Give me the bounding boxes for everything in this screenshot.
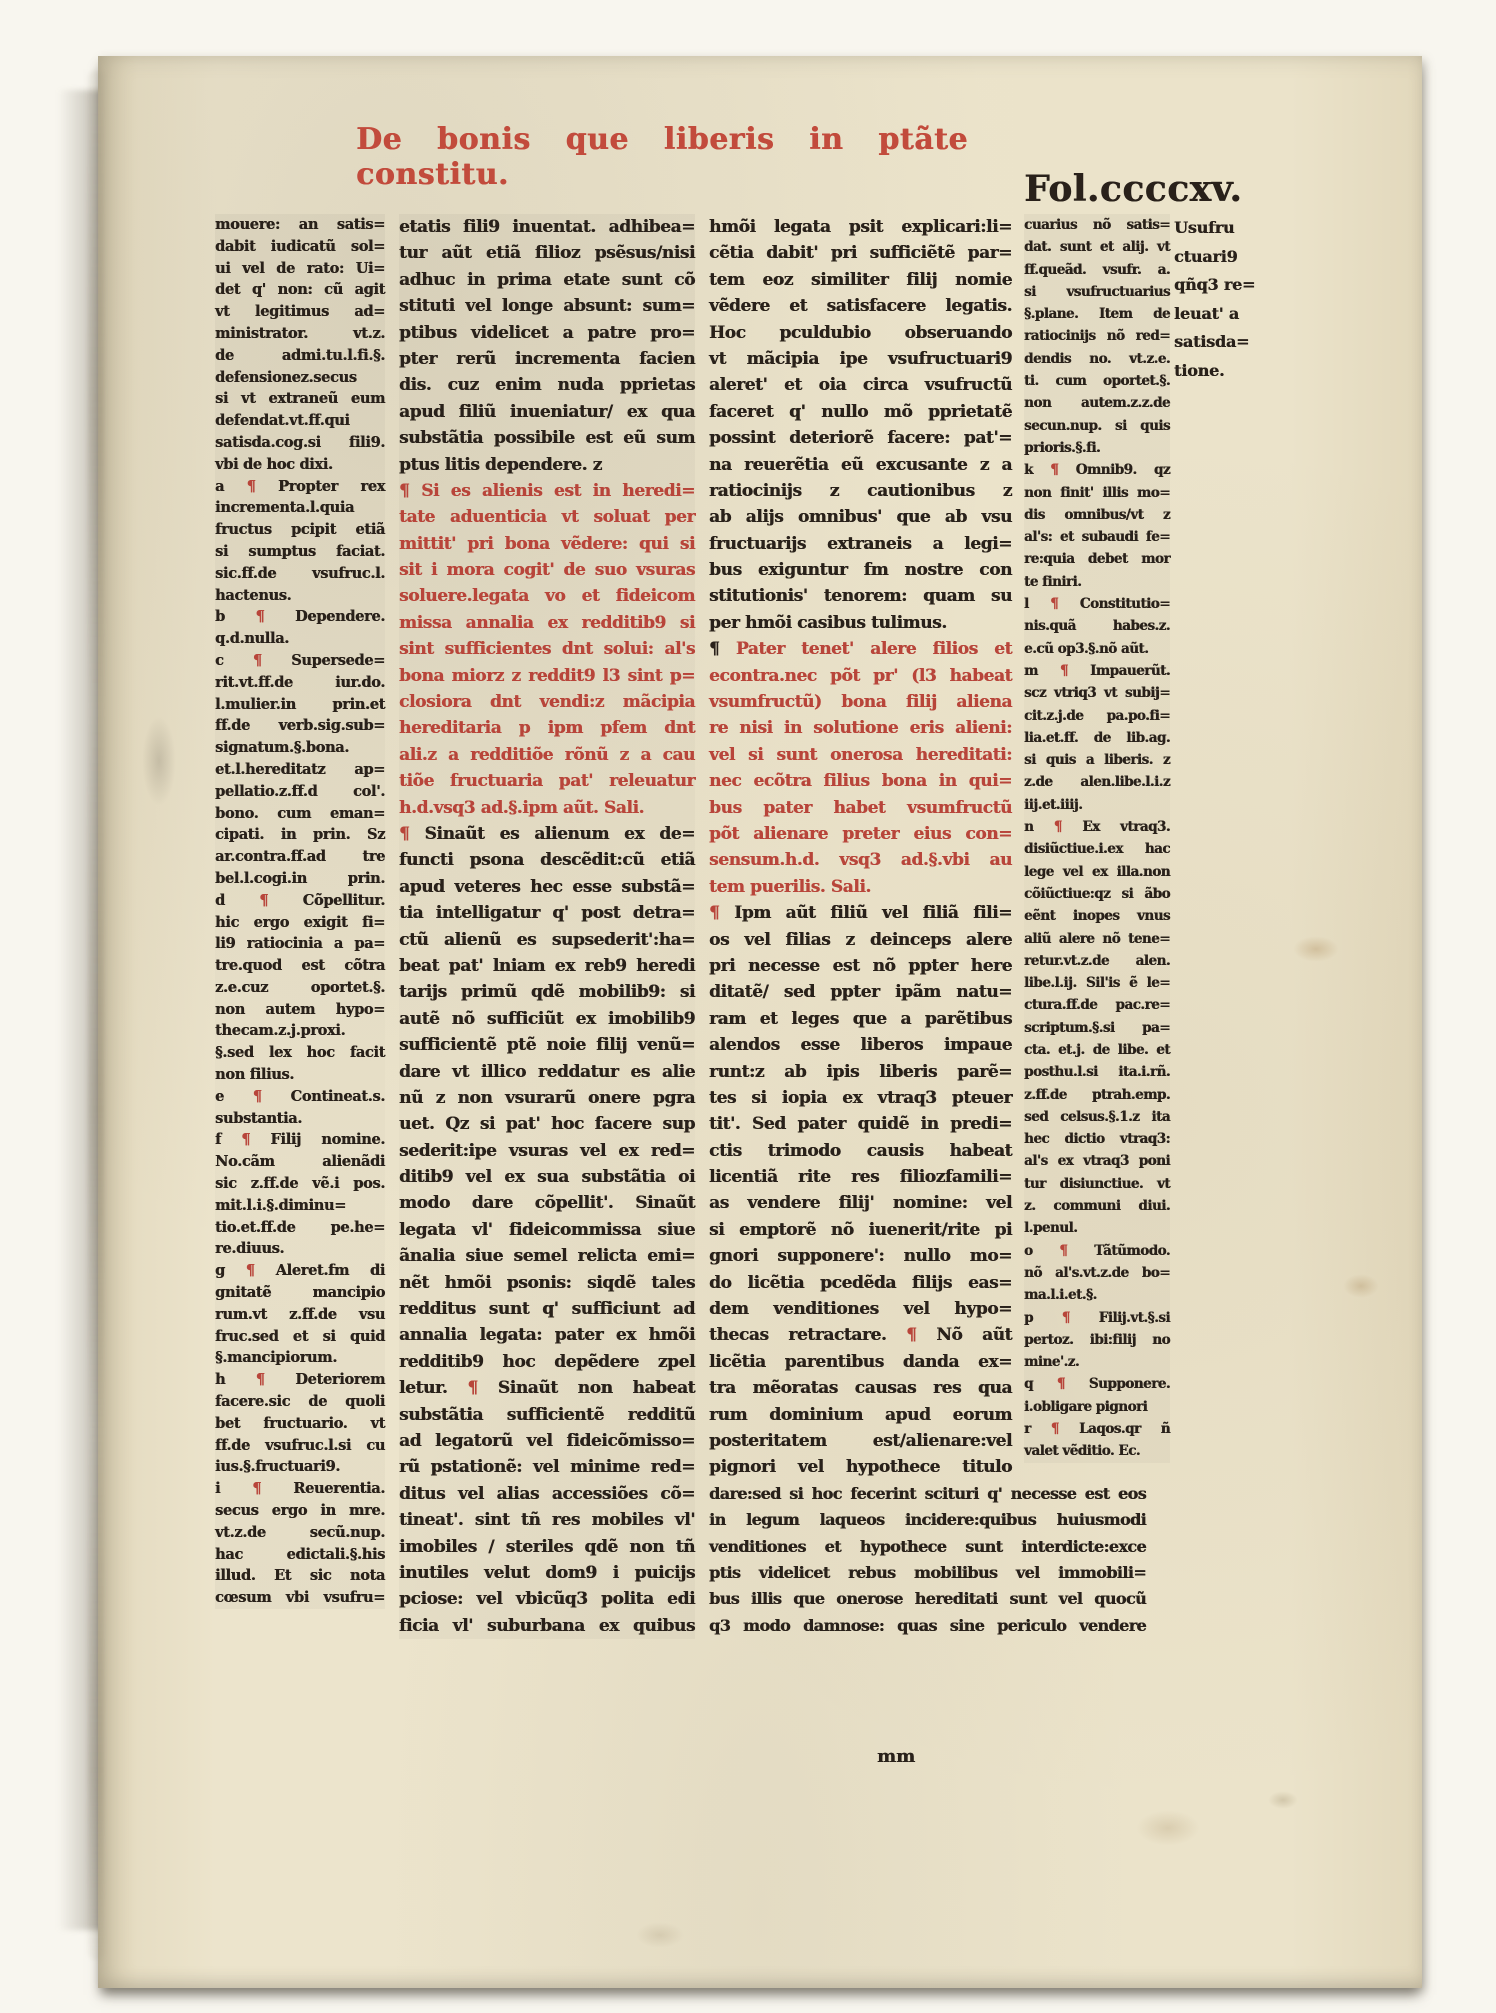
- text-line: satisda.cog.si fili9.: [215, 432, 385, 454]
- text-line: al's ex vtraq3 poni: [1024, 1150, 1170, 1172]
- body-text: Deteriorem: [295, 1371, 385, 1388]
- text-line: si emptorẽ nõ iuenerit/rite pi: [709, 1217, 1012, 1243]
- text-line: põt alienare preter eius con=: [709, 821, 1012, 847]
- text-line: defensionez.secus: [215, 367, 385, 389]
- text-line: te finiri.: [1024, 571, 1170, 593]
- body-text: d: [215, 892, 259, 909]
- text-line: non finit' illis mo=: [1024, 482, 1170, 504]
- body-text: Tãtũmodo.: [1094, 1243, 1170, 1259]
- text-line: pellatio.z.ff.d col'.: [215, 781, 385, 803]
- text-line: scz vtriq3 vt subij=: [1024, 682, 1170, 704]
- corner-gloss-column: Usufructuari9qñq3 re=leuat' asatisda=tio…: [1174, 214, 1290, 385]
- text-line: disiũctiue.i.ex hac: [1024, 838, 1170, 860]
- text-line: thecam.z.j.proxi.: [215, 1020, 385, 1042]
- text-line: ctũ alienũ es supsederit':ha=: [399, 927, 695, 953]
- rubric-text: ¶: [1060, 663, 1090, 679]
- text-line: eẽnt inopes vnus: [1024, 905, 1170, 927]
- text-line: pciose: vel vbicũq3 polita edi: [399, 1586, 695, 1612]
- text-line: imobiles / steriles qdẽ non tñ: [399, 1534, 695, 1560]
- body-text: Reuerentia.: [293, 1480, 385, 1497]
- text-line: possint deteriorẽ facere: pat'=: [709, 425, 1012, 451]
- text-line: cõiũctiue:qz si ãbo: [1024, 883, 1170, 905]
- text-line: do licẽtia pcedẽda filijs eas=: [709, 1270, 1012, 1296]
- text-line: nẽt hmõi psonis: siqdẽ tales: [399, 1270, 695, 1296]
- text-line: z.ff.de ptrah.emp.: [1024, 1084, 1170, 1106]
- rubric-text: ¶: [252, 1480, 293, 1497]
- text-line: ãnalia siue semel relicta emi=: [399, 1243, 695, 1269]
- text-line: hactenus.: [215, 585, 385, 607]
- foxing-stain: [1343, 1274, 1379, 1298]
- text-line: l.penul.: [1024, 1217, 1170, 1239]
- body-text: Contineat.s.: [291, 1088, 385, 1105]
- text-line: ff.de vsufruc.l.si cu: [215, 1435, 385, 1457]
- text-line: cuarius nõ satis=: [1024, 214, 1170, 236]
- text-line: licẽtia parentibus danda ex=: [709, 1349, 1012, 1375]
- text-line: uet. Qz si pat' hoc facere sup: [399, 1111, 695, 1137]
- text-line: sint sufficientes dnt solui: al's: [399, 636, 695, 662]
- text-line: bet fructuario. vt: [215, 1413, 385, 1435]
- body-text: Aleret.fm di: [276, 1262, 385, 1279]
- text-line: ma.l.i.et.§.: [1024, 1284, 1170, 1306]
- text-line: dis. cuz enim nuda pprietas: [399, 372, 695, 398]
- text-line: secun.nup. si quis: [1024, 415, 1170, 437]
- text-line: vẽdere et satisfacere legatis.: [709, 293, 1012, 319]
- text-line: hac edictali.§.his: [215, 1544, 385, 1566]
- text-line: as vendere filij' nomine: vel: [709, 1190, 1012, 1216]
- body-text: a: [215, 478, 247, 495]
- text-line: tione.: [1174, 357, 1290, 386]
- text-line: q.d.nulla.: [215, 628, 385, 650]
- text-line: illud. Et sic nota: [215, 1565, 385, 1587]
- rubric-text: ¶: [1054, 819, 1083, 835]
- text-line: h ¶ Deteriorem: [215, 1369, 385, 1391]
- text-line: q3 modo damnose: quas sine periculo vend…: [709, 1613, 1146, 1639]
- text-line: l ¶ Constitutio=: [1024, 593, 1170, 615]
- rubric-text: ¶: [1059, 1243, 1094, 1259]
- body-text: p: [1024, 1310, 1062, 1326]
- text-line: re nisi in solutione eris alieni:: [709, 715, 1012, 741]
- rubric-text: ¶: [467, 1378, 497, 1398]
- text-line: sic z.ff.de vẽ.i pos.: [215, 1173, 385, 1195]
- body-text: r: [1024, 1421, 1051, 1437]
- text-line: apud filiũ inueniatur/ ex qua: [399, 399, 695, 425]
- body-text: Ex vtraq3.: [1082, 819, 1170, 835]
- text-line: ad legatorũ vel fideicõmisso=: [399, 1428, 695, 1454]
- text-line: ff.queãd. vsufr. a.: [1024, 259, 1170, 281]
- body-text: n: [1024, 819, 1054, 835]
- rubric-text: ¶: [241, 1131, 270, 1148]
- text-line: ctuari9: [1174, 243, 1290, 272]
- text-line: libe.l.ij. Sil'is ẽ le=: [1024, 972, 1170, 994]
- text-line: soluere.legata vo et fideicom: [399, 583, 695, 609]
- text-line: ptis videlicet rebus mobilibus vel immob…: [709, 1560, 1146, 1586]
- text-line: tre.quod est cõtra: [215, 955, 385, 977]
- body-text: Nõ aũt: [936, 1325, 1012, 1345]
- text-line: vt mãcipia ipe vsufructuari9: [709, 346, 1012, 372]
- text-line: tem puerilis. Sali.: [709, 874, 1012, 900]
- text-line: missa annalia ex redditib9 si: [399, 610, 695, 636]
- body-text: Filij.vt.§.si: [1099, 1310, 1170, 1326]
- text-line: tiõe fructuaria pat' releuatur: [399, 768, 695, 794]
- text-line: de admi.tu.l.fi.§.: [215, 345, 385, 367]
- text-line: ff.de verb.sig.sub=: [215, 715, 385, 737]
- text-line: tem eoz similiter filij nomie: [709, 267, 1012, 293]
- text-line: sit i mora cogit' de suo vsuras: [399, 557, 695, 583]
- text-line: dabit iudicatũ sol=: [215, 236, 385, 258]
- foxing-stain: [142, 716, 176, 806]
- text-line: pignori vel hypothece titulo: [709, 1454, 1012, 1480]
- text-line: q ¶ Supponere.: [1024, 1373, 1170, 1395]
- text-line: c ¶ Supersede=: [215, 650, 385, 672]
- text-line: nõ al's.vt.z.de bo=: [1024, 1262, 1170, 1284]
- body-text: f: [215, 1131, 241, 1148]
- body-text: letur.: [399, 1378, 467, 1398]
- text-line: pertoz. ibi:filij no: [1024, 1329, 1170, 1351]
- text-line: hic ergo exigit fi=: [215, 912, 385, 934]
- text-line: sic.ff.de vsufruc.l.: [215, 563, 385, 585]
- text-line: beat pat' lniam ex reb9 heredi: [399, 953, 695, 979]
- text-line: ministrator. vt.z.: [215, 323, 385, 345]
- text-line: re.diuus.: [215, 1238, 385, 1260]
- text-line: e.cũ op3.§.nõ aũt.: [1024, 638, 1170, 660]
- rubric-text: ¶: [256, 1371, 295, 1388]
- rubric-text: ¶: [1062, 1310, 1099, 1326]
- text-line: annalia legata: pater ex hmõi: [399, 1322, 695, 1348]
- text-line: mittit' pri bona vẽdere: qui si: [399, 531, 695, 557]
- text-line: bona miorz z reddit9 l3 sint p=: [399, 663, 695, 689]
- text-line: non autem hypo=: [215, 999, 385, 1021]
- body-text: Cõpellitur.: [303, 892, 385, 909]
- text-line: i.obligare pignori: [1024, 1396, 1170, 1418]
- foxing-stain: [1293, 936, 1339, 962]
- body-text: k: [1024, 462, 1050, 478]
- text-line: signatum.§.bona.: [215, 737, 385, 759]
- rubric-text: ¶: [253, 1088, 291, 1105]
- body-text: g: [215, 1262, 246, 1279]
- text-line: fructuarijs extraneis a legi=: [709, 531, 1012, 557]
- foxing-stain: [1136, 1810, 1200, 1846]
- text-line: tineat'. sint tñ res mobiles vl': [399, 1507, 695, 1533]
- text-line: modo dare cõpellit'. Sinaũt: [399, 1190, 695, 1216]
- text-line: tia intelligatur q' post detra=: [399, 900, 695, 926]
- right-margin-gloss-column: cuarius nõ satis=dat. sunt et alij. vtff…: [1024, 214, 1170, 1463]
- text-line: defendat.vt.ff.qui: [215, 410, 385, 432]
- text-line: qñq3 re=: [1174, 271, 1290, 300]
- text-line: adhuc in prima etate sunt cõ: [399, 267, 695, 293]
- text-line: posteritatem est/alienare:vel: [709, 1428, 1012, 1454]
- text-line: f ¶ Filij nomine.: [215, 1129, 385, 1151]
- text-line: functi psona descẽdit:cũ etiã: [399, 847, 695, 873]
- text-line: b ¶ Dependere.: [215, 606, 385, 628]
- text-line: l.mulier.in prin.et: [215, 694, 385, 716]
- text-line: dendis no. vt.z.e.: [1024, 348, 1170, 370]
- text-line: licentiã rite res filiozfamili=: [709, 1164, 1012, 1190]
- text-line: ditus vel alias accessiões cõ=: [399, 1481, 695, 1507]
- text-line: r ¶ Laqos.qr ñ: [1024, 1418, 1170, 1440]
- deckle-edge: [88, 70, 104, 1960]
- text-line: §.plane. Item de: [1024, 303, 1170, 325]
- text-line: p ¶ Filij.vt.§.si: [1024, 1307, 1170, 1329]
- text-line: stitutionis' tenorem: quam su: [709, 583, 1012, 609]
- text-line: ui vel de rato: Ui=: [215, 258, 385, 280]
- text-line: tit'. Sed pater quidẽ in predi=: [709, 1111, 1012, 1137]
- text-line: ctura.ff.de pac.re=: [1024, 994, 1170, 1016]
- text-line: et.l.hereditatz ap=: [215, 759, 385, 781]
- text-line: tra mẽoratas causas res qua: [709, 1375, 1012, 1401]
- text-line: dem venditiones vel hypo=: [709, 1296, 1012, 1322]
- body-text: m: [1024, 663, 1060, 679]
- rubric-text: ¶: [255, 608, 295, 625]
- body-text: l: [1024, 596, 1050, 612]
- text-line: hereditaria p ipm pfem dnt: [399, 715, 695, 741]
- text-line: §.sed lex hoc facit: [215, 1042, 385, 1064]
- text-line: ratiocinijs nõ red=: [1024, 325, 1170, 347]
- body-text: Dependere.: [295, 608, 385, 625]
- text-line: cœsum vbi vsufru=: [215, 1587, 385, 1609]
- text-line: aliũ alere nõ tene=: [1024, 928, 1170, 950]
- text-line: apud veteres hec esse substã=: [399, 874, 695, 900]
- rubric-text: ¶: [399, 824, 425, 844]
- text-line: ram et leges que a parẽtibus: [709, 1006, 1012, 1032]
- text-line: closiora dnt vendi:z mãcipia: [399, 689, 695, 715]
- text-line: hec dictio vtraq3:: [1024, 1128, 1170, 1150]
- text-line: z. communi diui.: [1024, 1195, 1170, 1217]
- text-line: e ¶ Contineat.s.: [215, 1086, 385, 1108]
- text-line: d ¶ Cõpellitur.: [215, 890, 385, 912]
- text-line: cta. et.j. de libe. et: [1024, 1039, 1170, 1061]
- text-line: rum.vt z.ff.de vsu: [215, 1304, 385, 1326]
- text-line: z.e.cuz oportet.§.: [215, 977, 385, 999]
- text-line: nũ z non vsurarũ onere pgra: [399, 1085, 695, 1111]
- text-line: z.de alen.libe.l.i.z: [1024, 771, 1170, 793]
- rubric-text: ¶: [246, 1262, 276, 1279]
- text-line: a ¶ Propter rex: [215, 476, 385, 498]
- text-line: facere.sic de quoli: [215, 1391, 385, 1413]
- foxing-stain: [636, 1922, 684, 1948]
- body-text: Constitutio=: [1080, 596, 1170, 612]
- text-line: dare vt illico reddatur es alie: [399, 1059, 695, 1085]
- text-line: letur. ¶ Sinaũt non habeat: [399, 1375, 695, 1401]
- text-line: retur.vt.z.de alen.: [1024, 950, 1170, 972]
- text-line: ius.§.fructuari9.: [215, 1456, 385, 1478]
- text-line: ratiocinijs z cautionibus z: [709, 478, 1012, 504]
- text-line: vt.z.de secũ.nup.: [215, 1522, 385, 1544]
- text-line: dare:sed si hoc fecerint scituri q' nece…: [709, 1481, 1146, 1507]
- text-line: venditiones et hypothece sunt interdicte…: [709, 1534, 1146, 1560]
- text-line: g ¶ Aleret.fm di: [215, 1260, 385, 1282]
- text-line: vbi de hoc dixi.: [215, 454, 385, 476]
- text-line: incrementa.l.quia: [215, 497, 385, 519]
- body-text: q: [1024, 1376, 1057, 1392]
- text-line: ali.z a redditiõe rõnũ z a cau: [399, 742, 695, 768]
- text-line: substãtia sufficientẽ redditũ: [399, 1402, 695, 1428]
- text-line: fructus pcipit etiã: [215, 519, 385, 541]
- text-line: ptibus videlicet a patre pro=: [399, 320, 695, 346]
- text-line: bus illis que onerose hereditati sunt ve…: [709, 1586, 1146, 1612]
- text-line: non autem.z.z.de: [1024, 392, 1170, 414]
- text-line: tur disiunctiue. vt: [1024, 1173, 1170, 1195]
- text-line: §.mancipiorum.: [215, 1347, 385, 1369]
- text-line: os vel filias z deinceps alere: [709, 927, 1012, 953]
- text-line: ar.contra.ff.ad tre: [215, 846, 385, 868]
- main-text-column-a: etatis fili9 inuentat. adhibea=tur aũt e…: [399, 214, 695, 1639]
- text-line: pri necesse est nõ ppter here: [709, 953, 1012, 979]
- body-text: Supponere.: [1089, 1376, 1170, 1392]
- text-line: tes si iopia ex vtraq3 pteuer: [709, 1085, 1012, 1111]
- rubric-text: ¶: [253, 652, 291, 669]
- text-line: k ¶ Omnib9. qz: [1024, 459, 1170, 481]
- text-line: ab alijs omnibus' que ab vsu: [709, 504, 1012, 530]
- text-line: det q' non: cũ agit: [215, 279, 385, 301]
- text-line: faceret q' nullo mõ pprietatẽ: [709, 399, 1012, 425]
- text-line: li9 ratiocinia a pa=: [215, 933, 385, 955]
- text-line: ti. cum oportet.§.: [1024, 370, 1170, 392]
- text-line: cipati. in prin. Sz: [215, 824, 385, 846]
- text-line: bus pater habet vsumfructũ: [709, 795, 1012, 821]
- text-line: Hoc pculdubio obseruando: [709, 320, 1012, 346]
- quire-signature: mm: [877, 1746, 915, 1767]
- body-text: Omnib9. qz: [1076, 462, 1170, 478]
- text-line: in legum laqueos incidere:quibus huiusmo…: [709, 1507, 1146, 1533]
- text-line: runt:z ab ipis liberis parẽ=: [709, 1059, 1012, 1085]
- text-line: o ¶ Tãtũmodo.: [1024, 1240, 1170, 1262]
- text-line: gnori supponere': nullo mo=: [709, 1243, 1012, 1269]
- text-line: alendos esse liberos impaue: [709, 1032, 1012, 1058]
- body-text: Sinaũt non habeat: [498, 1378, 695, 1398]
- text-line: fruc.sed et si quid: [215, 1326, 385, 1348]
- text-line: stituti vel longe absunt: sum=: [399, 293, 695, 319]
- text-line: cẽtia dabit' pri sufficiẽtẽ par=: [709, 240, 1012, 266]
- text-line: substantia.: [215, 1108, 385, 1130]
- body-text: Supersede=: [291, 652, 385, 669]
- body-text: i: [215, 1480, 252, 1497]
- text-line: ditib9 vel ex sua substãtia oi: [399, 1164, 695, 1190]
- text-line: tur aũt etiã filioz psẽsus/nisi: [399, 240, 695, 266]
- text-line: posthu.l.si ita.i.rñ.: [1024, 1061, 1170, 1083]
- text-line: pter rerũ incrementa facien: [399, 346, 695, 372]
- body-text: Propter rex: [278, 478, 385, 495]
- running-title: De bonis que liberis in ptãte constitu.: [356, 122, 968, 168]
- text-line: h.d.vsq3 ad.§.ipm aũt. Sali.: [399, 795, 695, 821]
- text-line: tate aduenticia vt soluat per: [399, 504, 695, 530]
- body-text: Ipm aũt filiũ vel filiã fili=: [734, 903, 1012, 923]
- text-line: scriptum.§.si pa=: [1024, 1017, 1170, 1039]
- text-line: i ¶ Reuerentia.: [215, 1478, 385, 1500]
- rubric-text: ¶: [906, 1325, 936, 1345]
- text-line: substãtia possibile est eũ sum: [399, 425, 695, 451]
- foxing-stain: [1268, 1791, 1298, 1809]
- text-line: ¶ Pater tenet' alere filios et: [709, 636, 1012, 662]
- body-text: Impauerũt.: [1090, 663, 1170, 679]
- text-line: ctis trimodo causis habeat: [709, 1138, 1012, 1164]
- text-line: sed celsus.§.1.z ita: [1024, 1106, 1170, 1128]
- scanned-book-page: { "page": { "header_title": "De bonis qu…: [0, 0, 1496, 2013]
- text-line: valet vẽditio. Ec.: [1024, 1440, 1170, 1462]
- text-line: tarijs primũ qdẽ mobilib9: si: [399, 979, 695, 1005]
- text-line: per hmõi casibus tulimus.: [709, 610, 1012, 636]
- text-line: thecas retractare. ¶ Nõ aũt: [709, 1322, 1012, 1348]
- text-line: sederit:ipe vsuras vel ex red=: [399, 1138, 695, 1164]
- text-line: sensum.h.d. vsq3 ad.§.vbi au: [709, 847, 1012, 873]
- body-text: h: [215, 1371, 256, 1388]
- text-line: lege vel ex illa.non: [1024, 861, 1170, 883]
- rubric-text: ¶: [1051, 1421, 1079, 1437]
- text-line: ¶ Si es alienis est in heredi=: [399, 478, 695, 504]
- rubric-text: ¶: [247, 478, 278, 495]
- text-line: No.cãm alienãdi: [215, 1151, 385, 1173]
- text-line: nis.quã habes.z.: [1024, 615, 1170, 637]
- text-line: rit.vt.ff.de iur.do.: [215, 672, 385, 694]
- text-line: bel.l.cogi.in prin.: [215, 868, 385, 890]
- text-line: hmõi legata psit explicari:li=: [709, 214, 1012, 240]
- text-line: si quis a liberis. z: [1024, 749, 1170, 771]
- text-line: sufficientẽ ptẽ noie filij venũ=: [399, 1032, 695, 1058]
- text-line: m ¶ Impauerũt.: [1024, 660, 1170, 682]
- rubric-text: ¶: [1050, 462, 1075, 478]
- body-text: Filij nomine.: [270, 1131, 385, 1148]
- text-line: lia.et.ff. de lib.ag.: [1024, 727, 1170, 749]
- text-line: ficia vl' suburbana ex quibus: [399, 1613, 695, 1639]
- text-line: ditatẽ/ sed ppter ipãm natu=: [709, 979, 1012, 1005]
- text-line: leuat' a: [1174, 300, 1290, 329]
- text-line: vsumfructũ) bona filij aliena: [709, 689, 1012, 715]
- text-line: redditib9 hoc depẽdere zpel: [399, 1349, 695, 1375]
- body-text: ¶: [709, 639, 736, 659]
- text-line: mit.l.i.§.diminu=: [215, 1195, 385, 1217]
- text-line: vel si sunt onerosa hereditati:: [709, 742, 1012, 768]
- text-line: nec ecõtra filius bona in qui=: [709, 768, 1012, 794]
- text-line: tio.et.ff.de pe.he=: [215, 1217, 385, 1239]
- text-line: secus ergo in mre.: [215, 1500, 385, 1522]
- rubric-text: ¶: [709, 903, 734, 923]
- body-text: c: [215, 652, 253, 669]
- text-line: mine'.z.: [1024, 1351, 1170, 1373]
- text-line: legata vl' fideicommissa siue: [399, 1217, 695, 1243]
- page-leaf: De bonis que liberis in ptãte constitu. …: [98, 56, 1422, 1988]
- text-line: redditus sunt q' sufficiunt ad: [399, 1296, 695, 1322]
- text-line: rum dominium apud eorum: [709, 1402, 1012, 1428]
- rubric-text: Pater tenet' alere filios et: [736, 639, 1012, 659]
- text-line: cit.z.j.de pa.po.fi=: [1024, 705, 1170, 727]
- text-line: econtra.nec põt pr' (l3 habeat: [709, 663, 1012, 689]
- text-line: si vt extraneũ eum: [215, 388, 385, 410]
- text-line: aleret' et oia circa vsufructũ: [709, 372, 1012, 398]
- body-text: Laqos.qr ñ: [1079, 1421, 1170, 1437]
- text-line: non filius.: [215, 1064, 385, 1086]
- text-line: si vsufructuarius: [1024, 281, 1170, 303]
- text-line: bus exiguntur fm nostre con: [709, 557, 1012, 583]
- text-line: satisda=: [1174, 328, 1290, 357]
- text-line: bono. cum eman=: [215, 803, 385, 825]
- body-text: b: [215, 608, 255, 625]
- text-line: gnitatẽ mancipio: [215, 1282, 385, 1304]
- text-line: ¶ Ipm aũt filiũ vel filiã fili=: [709, 900, 1012, 926]
- text-line: etatis fili9 inuentat. adhibea=: [399, 214, 695, 240]
- text-line: dat. sunt et alij. vt: [1024, 236, 1170, 258]
- text-line: dis omnibus/vt z: [1024, 504, 1170, 526]
- text-line: prioris.§.fi.: [1024, 437, 1170, 459]
- folio-number: Fol.ccccxv.: [1024, 168, 1240, 210]
- body-text: thecas retractare.: [709, 1325, 906, 1345]
- body-text: o: [1024, 1243, 1059, 1259]
- text-line: vt legitimus ad=: [215, 301, 385, 323]
- text-line: mouere: an satis=: [215, 214, 385, 236]
- text-line: rũ pstationẽ: vel minime red=: [399, 1454, 695, 1480]
- body-text: e: [215, 1088, 253, 1105]
- body-text: Sinaũt es alienum ex de=: [425, 824, 695, 844]
- left-margin-gloss-column: mouere: an satis=dabit iudicatũ sol=ui v…: [215, 214, 385, 1609]
- text-line: Usufru: [1174, 214, 1290, 243]
